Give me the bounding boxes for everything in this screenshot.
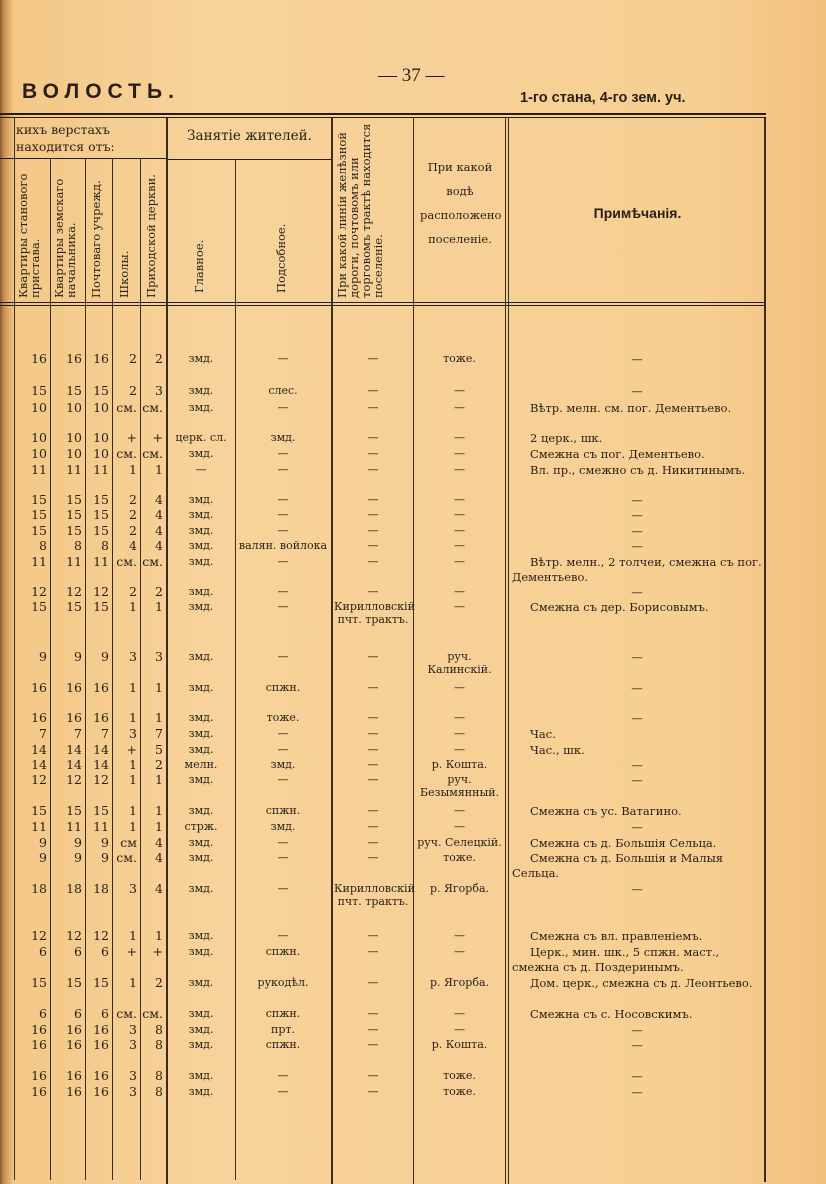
cell-main-occupation: змд. [168,524,234,537]
header-bottom-rule-2 [0,305,766,306]
cell-church: 7 [142,727,163,740]
cell-main-occupation: змд. [168,1023,234,1036]
cell-church: 8 [142,1038,163,1051]
cell-aux-occupation: — [236,401,330,414]
cell-water: — [415,743,504,756]
cell-church: 2 [142,352,163,365]
cell-water: — [415,727,504,740]
cell-stanovoy: 12 [16,773,47,786]
header-water: При какой водѣ расположено поселеніе. [420,155,500,251]
cell-road: — [334,463,412,476]
cell-stanovoy: 8 [16,539,47,552]
cell-zemsky: 15 [52,804,82,817]
cell-notes: Смежна съ пог. Дементьево. [512,447,762,462]
cell-main-occupation: змд. [168,1085,234,1098]
scanned-page: ВОЛОСТЬ. — 37 — 1-го стана, 4-го зем. уч… [0,0,826,1184]
distance-group-rule [0,158,166,159]
cell-main-occupation: змд. [168,508,234,521]
cell-zemsky: 7 [52,727,82,740]
cell-aux-occupation: рукодѣл. [236,976,330,989]
cell-school: 3 [114,1038,137,1051]
cell-notes: — [512,539,762,554]
cell-road: — [334,524,412,537]
cell-church: 4 [142,508,163,521]
cell-stanovoy: 15 [16,600,47,613]
cell-zemsky: 15 [52,508,82,521]
cell-aux-occupation: — [236,524,330,537]
cell-main-occupation: змд. [168,681,234,694]
cell-stanovoy: 6 [16,1007,47,1020]
cell-notes: — [512,820,762,835]
cell-road: — [334,352,412,365]
cell-water: р. Ягорба. [415,882,504,895]
cell-road: — [334,650,412,663]
cell-church: 1 [142,773,163,786]
cell-water: руч. Калинскій. [415,650,504,676]
header-aux-occupation: Подсобное. [275,163,293,293]
header-zemsky: Квартиры земскаго начальника. [53,163,83,298]
cell-school: + [114,945,137,958]
cell-water: руч. Селецкій. [415,836,504,849]
cell-stanovoy: 15 [16,508,47,521]
cell-notes: Смежна съ д. Большія Сельца. [512,836,762,851]
cell-notes: Смежна съ ус. Ватагино. [512,804,762,819]
cell-church: 4 [142,882,163,895]
cell-aux-occupation: спжн. [236,1038,330,1051]
cell-church: + [142,431,163,444]
cell-notes: — [512,384,762,399]
cell-post: 10 [87,401,109,414]
cell-zemsky: 14 [52,758,82,771]
cell-post: 6 [87,1007,109,1020]
cell-aux-occupation: змд. [236,431,330,444]
cell-water: тоже. [415,1085,504,1098]
cell-zemsky: 18 [52,882,82,895]
cell-post: 16 [87,711,109,724]
cell-water: руч. Безымянный. [415,773,504,799]
cell-post: 16 [87,1038,109,1051]
cell-water: тоже. [415,1069,504,1082]
cell-church: 1 [142,804,163,817]
occupation-group-rule [168,159,331,160]
cell-aux-occupation: — [236,555,330,568]
cell-post: 12 [87,585,109,598]
cell-school: 1 [114,773,137,786]
cell-aux-occupation: спжн. [236,681,330,694]
cell-church: 1 [142,820,163,833]
cell-church: 1 [142,600,163,613]
cell-post: 16 [87,1085,109,1098]
cell-stanovoy: 16 [16,711,47,724]
cell-water: — [415,929,504,942]
cell-notes: — [512,650,762,665]
cell-road: — [334,431,412,444]
cell-school: 2 [114,352,137,365]
cell-church: 4 [142,493,163,506]
cell-zemsky: 12 [52,929,82,942]
cell-notes: Церк., мин. шк., 5 спжн. маст., смежна с… [512,945,762,975]
cell-main-occupation: змд. [168,555,234,568]
cell-aux-occupation: — [236,493,330,506]
cell-road: — [334,851,412,864]
cell-notes: — [512,758,762,773]
col-line [331,118,333,1184]
cell-post: 15 [87,524,109,537]
cell-church: 4 [142,851,163,864]
cell-road: — [334,508,412,521]
cell-church: 1 [142,463,163,476]
cell-stanovoy: 12 [16,929,47,942]
header-school: Школы. [118,163,136,298]
occupation-group-header: Занятіе жителей. [168,128,331,145]
cell-water: — [415,524,504,537]
col-line [140,158,141,1180]
cell-stanovoy: 16 [16,352,47,365]
cell-road: — [334,539,412,552]
cell-church: см. [142,401,163,414]
cell-main-occupation: змд. [168,976,234,989]
cell-stanovoy: 9 [16,650,47,663]
cell-aux-occupation: — [236,352,330,365]
cell-stanovoy: 15 [16,493,47,506]
cell-school: см [114,836,137,849]
cell-school: 3 [114,727,137,740]
cell-church: 4 [142,539,163,552]
cell-notes: — [512,681,762,696]
cell-school: 1 [114,820,137,833]
cell-aux-occupation: спжн. [236,945,330,958]
cell-school: 3 [114,1069,137,1082]
cell-zemsky: 16 [52,1085,82,1098]
cell-notes: — [512,585,762,600]
header-notes: Примѣчанія. [510,205,765,221]
cell-main-occupation: змд. [168,929,234,942]
cell-main-occupation: мелн. [168,758,234,771]
cell-aux-occupation: — [236,882,330,895]
col-line [508,118,509,1184]
cell-post: 6 [87,945,109,958]
cell-stanovoy: 10 [16,401,47,414]
cell-water: — [415,431,504,444]
cell-post: 9 [87,836,109,849]
cell-water: — [415,1007,504,1020]
cell-road: — [334,929,412,942]
cell-water: — [415,447,504,460]
cell-aux-occupation: спжн. [236,1007,330,1020]
cell-main-occupation: змд. [168,1007,234,1020]
cell-stanovoy: 10 [16,447,47,460]
cell-school: 1 [114,758,137,771]
cell-notes: — [512,773,762,788]
cell-school: 2 [114,384,137,397]
cell-aux-occupation: — [236,929,330,942]
col-line [85,158,86,1180]
cell-church: 2 [142,758,163,771]
cell-post: 11 [87,463,109,476]
cell-main-occupation: змд. [168,585,234,598]
cell-zemsky: 9 [52,836,82,849]
cell-road: — [334,1069,412,1082]
cell-zemsky: 16 [52,711,82,724]
cell-post: 16 [87,1069,109,1082]
cell-zemsky: 16 [52,681,82,694]
cell-stanovoy: 11 [16,555,47,568]
cell-post: 12 [87,929,109,942]
cell-notes: Смежна съ дер. Борисовымъ. [512,600,762,615]
cell-school: см. [114,401,137,414]
cell-school: 2 [114,508,137,521]
cell-post: 14 [87,758,109,771]
cell-water: р. Ягорба. [415,976,504,989]
cell-stanovoy: 14 [16,743,47,756]
cell-stanovoy: 15 [16,384,47,397]
cell-stanovoy: 16 [16,1085,47,1098]
cell-main-occupation: змд. [168,493,234,506]
cell-church: 3 [142,384,163,397]
cell-main-occupation: змд. [168,401,234,414]
cell-post: 11 [87,820,109,833]
cell-aux-occupation: валян. войлока [236,539,330,552]
cell-post: 9 [87,650,109,663]
cell-notes: — [512,508,762,523]
cell-post: 16 [87,681,109,694]
cell-post: 10 [87,447,109,460]
cell-school: 1 [114,976,137,989]
col-line [50,158,51,1180]
cell-main-occupation: — [168,463,234,476]
cell-notes: — [512,1085,762,1100]
page-heading-district: 1-го стана, 4-го зем. уч. [520,90,686,106]
cell-church: 5 [142,743,163,756]
cell-main-occupation: змд. [168,650,234,663]
cell-zemsky: 6 [52,945,82,958]
page-number: — 37 — [378,65,445,87]
cell-aux-occupation: — [236,1069,330,1082]
cell-aux-occupation: — [236,1085,330,1098]
cell-notes: Вѣтр. мелн. см. пог. Дементьево. [512,401,762,416]
cell-road: — [334,1007,412,1020]
cell-post: 10 [87,431,109,444]
col-line [413,118,414,1184]
cell-notes: — [512,352,762,367]
cell-road: — [334,945,412,958]
cell-water: — [415,681,504,694]
cell-post: 7 [87,727,109,740]
cell-water: — [415,585,504,598]
cell-stanovoy: 16 [16,1069,47,1082]
cell-post: 18 [87,882,109,895]
cell-road: — [334,1038,412,1051]
cell-aux-occupation: — [236,508,330,521]
cell-aux-occupation: спжн. [236,804,330,817]
cell-zemsky: 10 [52,431,82,444]
cell-road: — [334,727,412,740]
cell-school: 2 [114,524,137,537]
cell-church: 2 [142,976,163,989]
cell-school: 1 [114,929,137,942]
header-main-occupation: Главное. [193,163,211,293]
cell-school: 1 [114,711,137,724]
cell-zemsky: 12 [52,585,82,598]
cell-zemsky: 9 [52,650,82,663]
cell-zemsky: 10 [52,401,82,414]
cell-main-occupation: змд. [168,1038,234,1051]
cell-notes: Час., шк. [512,743,762,758]
cell-post: 14 [87,743,109,756]
cell-main-occupation: змд. [168,447,234,460]
cell-water: — [415,711,504,724]
cell-stanovoy: 9 [16,851,47,864]
cell-zemsky: 16 [52,1038,82,1051]
cell-notes: Час. [512,727,762,742]
cell-aux-occupation: — [236,743,330,756]
cell-notes: Вл. пр., смежно съ д. Никитинымъ. [512,463,762,478]
cell-zemsky: 15 [52,976,82,989]
cell-notes: — [512,493,762,508]
cell-road: — [334,493,412,506]
cell-main-occupation: змд. [168,743,234,756]
cell-road: Кирилловскій пчт. трактъ. [334,882,412,908]
cell-aux-occupation: змд. [236,758,330,771]
cell-water: тоже. [415,851,504,864]
cell-main-occupation: змд. [168,945,234,958]
cell-zemsky: 12 [52,773,82,786]
cell-main-occupation: змд. [168,711,234,724]
cell-notes: Вѣтр. мелн., 2 толчеи, смежна съ пог. Де… [512,555,762,585]
cell-notes: Смежна съ вл. правленіемъ. [512,929,762,944]
cell-road: — [334,447,412,460]
cell-aux-occupation: — [236,727,330,740]
cell-water: тоже. [415,352,504,365]
cell-notes: — [512,524,762,539]
header-church: Приходской церкви. [145,163,163,298]
cell-school: 3 [114,1085,137,1098]
cell-notes: — [512,1038,762,1053]
cell-aux-occupation: — [236,851,330,864]
cell-school: + [114,743,137,756]
cell-road: — [334,1085,412,1098]
cell-zemsky: 15 [52,384,82,397]
cell-main-occupation: змд. [168,851,234,864]
col-line [505,118,506,1184]
cell-water: — [415,555,504,568]
cell-church: 3 [142,650,163,663]
cell-school: см. [114,1007,137,1020]
cell-church: см. [142,447,163,460]
cell-zemsky: 11 [52,463,82,476]
cell-notes: 2 церк., шк. [512,431,762,446]
cell-main-occupation: церк. сл. [168,431,234,444]
cell-zemsky: 16 [52,352,82,365]
cell-school: 1 [114,804,137,817]
cell-aux-occupation: прт. [236,1023,330,1036]
cell-church: 8 [142,1023,163,1036]
cell-main-occupation: змд. [168,727,234,740]
cell-post: 16 [87,1023,109,1036]
top-rule-thin [0,117,766,118]
cell-church: 1 [142,681,163,694]
cell-stanovoy: 18 [16,882,47,895]
cell-church: + [142,945,163,958]
cell-road: — [334,976,412,989]
cell-stanovoy: 9 [16,836,47,849]
cell-road: — [334,804,412,817]
cell-zemsky: 15 [52,493,82,506]
top-rule [0,113,766,115]
cell-road: — [334,555,412,568]
cell-road: — [334,836,412,849]
cell-road: — [334,820,412,833]
cell-zemsky: 15 [52,600,82,613]
cell-stanovoy: 12 [16,585,47,598]
cell-main-occupation: змд. [168,804,234,817]
cell-aux-occupation: — [236,585,330,598]
cell-zemsky: 14 [52,743,82,756]
cell-water: — [415,820,504,833]
cell-main-occupation: змд. [168,384,234,397]
col-line [14,118,15,1180]
cell-post: 9 [87,851,109,864]
cell-zemsky: 16 [52,1069,82,1082]
cell-water: р. Кошта. [415,758,504,771]
cell-water: — [415,384,504,397]
header-bottom-rule [0,302,766,303]
cell-aux-occupation: — [236,447,330,460]
cell-road: — [334,681,412,694]
cell-aux-occupation: — [236,650,330,663]
cell-school: 4 [114,539,137,552]
cell-post: 15 [87,600,109,613]
cell-stanovoy: 11 [16,463,47,476]
distance-group-header: кихъ верстахъ находится отъ: [16,121,164,155]
cell-zemsky: 16 [52,1023,82,1036]
col-line [112,158,113,1180]
cell-church: 2 [142,585,163,598]
cell-road: — [334,1023,412,1036]
cell-school: 2 [114,585,137,598]
cell-main-occupation: змд. [168,600,234,613]
cell-school: см. [114,851,137,864]
cell-church: 1 [142,711,163,724]
cell-post: 11 [87,555,109,568]
cell-road: Кирилловскій пчт. трактъ. [334,600,412,626]
cell-road: — [334,585,412,598]
cell-church: 4 [142,836,163,849]
cell-zemsky: 11 [52,820,82,833]
cell-notes: — [512,882,762,897]
cell-zemsky: 9 [52,851,82,864]
cell-road: — [334,743,412,756]
cell-stanovoy: 16 [16,681,47,694]
cell-water: — [415,945,504,958]
cell-aux-occupation: — [236,463,330,476]
cell-school: 3 [114,1023,137,1036]
cell-stanovoy: 10 [16,431,47,444]
cell-road: — [334,758,412,771]
header-stanovoy: Квартиры станового пристава. [17,163,47,298]
cell-aux-occupation: змд. [236,820,330,833]
cell-stanovoy: 15 [16,976,47,989]
cell-main-occupation: змд. [168,352,234,365]
cell-main-occupation: стрж. [168,820,234,833]
cell-church: 8 [142,1069,163,1082]
cell-church: см. [142,555,163,568]
cell-post: 15 [87,804,109,817]
cell-stanovoy: 6 [16,945,47,958]
cell-road: — [334,384,412,397]
cell-aux-occupation: тоже. [236,711,330,724]
cell-church: 4 [142,524,163,537]
